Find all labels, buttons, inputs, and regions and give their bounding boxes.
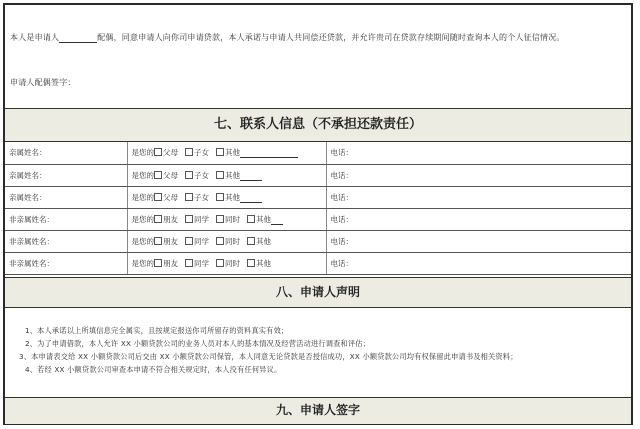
phone-label: 电话： xyxy=(331,237,354,246)
relationship-options: 是您的父母子女其他 xyxy=(127,164,326,186)
checkbox-label: 父母 xyxy=(163,171,178,180)
relationship-prefix: 是您的 xyxy=(132,237,155,246)
checkbox-icon[interactable] xyxy=(185,237,193,245)
checkbox-icon[interactable] xyxy=(216,237,224,245)
relationship-options: 是您的朋友同学同时其他 xyxy=(127,230,326,252)
checkbox-icon[interactable] xyxy=(185,171,193,179)
relationship-prefix: 是您的 xyxy=(132,171,155,180)
contact-name-label: 亲属姓名： xyxy=(9,171,47,180)
checkbox-icon[interactable] xyxy=(185,259,193,267)
contact-phone-field[interactable]: 电话： xyxy=(326,142,631,164)
checkbox-label: 子女 xyxy=(194,171,209,180)
checkbox-label: 其他 xyxy=(225,148,240,157)
checkbox-label: 朋友 xyxy=(163,237,178,246)
checkbox-icon[interactable] xyxy=(216,215,224,223)
contact-phone-field[interactable]: 电话： xyxy=(326,164,631,186)
relationship-prefix: 是您的 xyxy=(132,215,155,224)
relationship-checkbox-option[interactable]: 朋友 xyxy=(154,236,178,247)
relationship-checkbox-option[interactable]: 其他 xyxy=(216,170,262,181)
relationship-checkbox-option[interactable]: 同学 xyxy=(185,258,209,269)
checkbox-icon[interactable] xyxy=(216,148,224,156)
consent-suffix: 配偶，同意申请人向你司申请贷款，本人承诺与申请人共同偿还贷款，并允许贵司在贷款存… xyxy=(97,33,564,42)
contact-name-label: 非亲属姓名： xyxy=(9,237,54,246)
section-9-header: 九、申请人签字 xyxy=(5,397,631,424)
checkbox-label: 父母 xyxy=(163,193,178,202)
contact-name-label: 非亲属姓名： xyxy=(9,215,54,224)
relationship-prefix: 是您的 xyxy=(132,259,155,268)
relationship-checkbox-option[interactable]: 同时 xyxy=(216,214,240,225)
relationship-checkbox-option[interactable]: 父母 xyxy=(154,192,178,203)
checkbox-label: 其他 xyxy=(256,237,271,246)
section-8-header: 八、申请人声明 xyxy=(5,277,631,308)
checkbox-icon[interactable] xyxy=(154,148,162,156)
checkbox-icon[interactable] xyxy=(216,171,224,179)
checkbox-label: 同时 xyxy=(225,237,240,246)
phone-label: 电话： xyxy=(331,215,354,224)
other-relationship-blank[interactable] xyxy=(240,195,262,203)
other-relationship-blank[interactable] xyxy=(271,217,283,225)
checkbox-icon[interactable] xyxy=(154,259,162,267)
contacts-table: 亲属姓名：是您的父母子女其他电话：亲属姓名：是您的父母子女其他电话：亲属姓名：是… xyxy=(5,142,631,275)
phone-label: 电话： xyxy=(331,171,354,180)
checkbox-label: 同时 xyxy=(225,215,240,224)
relationship-checkbox-option[interactable]: 其他 xyxy=(247,258,271,269)
contact-phone-field[interactable]: 电话： xyxy=(326,186,631,208)
contact-name-field[interactable]: 亲属姓名： xyxy=(5,142,127,164)
spouse-consent-section: 本人是申请人配偶，同意申请人向你司申请贷款，本人承诺与申请人共同偿还贷款，并允许… xyxy=(5,5,631,108)
contact-row: 非亲属姓名：是您的朋友同学同时其他电话： xyxy=(5,208,631,230)
contact-name-label: 亲属姓名： xyxy=(9,148,47,157)
checkbox-label: 同时 xyxy=(225,259,240,268)
relationship-options: 是您的朋友同学同时其他 xyxy=(127,252,326,274)
declaration-item-3: 3、本申请表交给 XX 小额贷款公司后交由 XX 小额贷款公司保管，本人同意无论… xyxy=(19,352,518,362)
checkbox-label: 朋友 xyxy=(163,259,178,268)
checkbox-label: 其他 xyxy=(225,193,240,202)
relationship-checkbox-option[interactable]: 朋友 xyxy=(154,214,178,225)
checkbox-label: 父母 xyxy=(163,148,178,157)
contact-row: 非亲属姓名：是您的朋友同学同时其他电话： xyxy=(5,252,631,274)
phone-label: 电话： xyxy=(331,148,354,157)
contact-name-field[interactable]: 非亲属姓名： xyxy=(5,230,127,252)
declaration-item-4: 4、若经 XX 小额贷款公司审查本申请不符合相关规定时，本人没有任何异议。 xyxy=(25,365,281,375)
contact-name-field[interactable]: 亲属姓名： xyxy=(5,186,127,208)
phone-label: 电话： xyxy=(331,259,354,268)
relationship-options: 是您的父母子女其他 xyxy=(127,142,326,164)
checkbox-label: 朋友 xyxy=(163,215,178,224)
contact-row: 非亲属姓名：是您的朋友同学同时其他电话： xyxy=(5,230,631,252)
contact-phone-field[interactable]: 电话： xyxy=(326,208,631,230)
checkbox-label: 同学 xyxy=(194,215,209,224)
contact-name-label: 亲属姓名： xyxy=(9,193,47,202)
checkbox-icon[interactable] xyxy=(247,237,255,245)
relationship-checkbox-option[interactable]: 其他 xyxy=(247,214,283,225)
application-form-page: 本人是申请人配偶，同意申请人向你司申请贷款，本人承诺与申请人共同偿还贷款，并允许… xyxy=(3,3,633,425)
relationship-options: 是您的父母子女其他 xyxy=(127,186,326,208)
relationship-checkbox-option[interactable]: 其他 xyxy=(247,236,271,247)
checkbox-label: 其他 xyxy=(256,215,271,224)
relationship-checkbox-option[interactable]: 同时 xyxy=(216,236,240,247)
section-7-header: 七、联系人信息（不承担还款责任） xyxy=(5,108,631,142)
contact-phone-field[interactable]: 电话： xyxy=(326,252,631,274)
checkbox-label: 子女 xyxy=(194,148,209,157)
contact-phone-field[interactable]: 电话： xyxy=(326,230,631,252)
checkbox-icon[interactable] xyxy=(216,259,224,267)
phone-label: 电话： xyxy=(331,193,354,202)
spouse-consent-statement: 本人是申请人配偶，同意申请人向你司申请贷款，本人承诺与申请人共同偿还贷款，并允许… xyxy=(10,32,565,43)
consent-prefix: 本人是申请人 xyxy=(10,33,59,42)
checkbox-label: 子女 xyxy=(194,193,209,202)
relationship-checkbox-option[interactable]: 朋友 xyxy=(154,258,178,269)
checkbox-icon[interactable] xyxy=(185,193,193,201)
applicant-declaration: 1、本人承诺以上所填信息完全属实，且按规定报送你司所留存的资料真实有效； 2、为… xyxy=(5,308,631,397)
relationship-checkbox-option[interactable]: 同时 xyxy=(216,258,240,269)
checkbox-icon[interactable] xyxy=(154,237,162,245)
other-relationship-blank[interactable] xyxy=(240,150,298,158)
checkbox-icon[interactable] xyxy=(154,171,162,179)
checkbox-label: 同学 xyxy=(194,259,209,268)
relationship-checkbox-option[interactable]: 子女 xyxy=(185,170,209,181)
checkbox-icon[interactable] xyxy=(216,193,224,201)
relationship-checkbox-option[interactable]: 子女 xyxy=(185,147,209,158)
checkbox-icon[interactable] xyxy=(154,193,162,201)
relationship-prefix: 是您的 xyxy=(132,193,155,202)
relationship-checkbox-option[interactable]: 其他 xyxy=(216,192,262,203)
checkbox-icon[interactable] xyxy=(247,215,255,223)
relationship-checkbox-option[interactable]: 父母 xyxy=(154,147,178,158)
declaration-item-2: 2、为了申请借款，本人允许 XX 小额贷款公司的业务人员对本人的基本情况及经营活… xyxy=(25,339,370,349)
contact-row: 亲属姓名：是您的父母子女其他电话： xyxy=(5,142,631,164)
relationship-checkbox-option[interactable]: 同学 xyxy=(185,214,209,225)
checkbox-label: 同学 xyxy=(194,237,209,246)
checkbox-icon[interactable] xyxy=(185,215,193,223)
contact-name-field[interactable]: 非亲属姓名： xyxy=(5,208,127,230)
checkbox-icon[interactable] xyxy=(154,215,162,223)
relationship-checkbox-option[interactable]: 其他 xyxy=(216,147,298,158)
contact-name-field[interactable]: 非亲属姓名： xyxy=(5,252,127,274)
contact-name-label: 非亲属姓名： xyxy=(9,259,54,268)
relationship-options: 是您的朋友同学同时其他 xyxy=(127,208,326,230)
declaration-item-1: 1、本人承诺以上所填信息完全属实，且按规定报送你司所留存的资料真实有效； xyxy=(25,326,288,336)
relationship-checkbox-option[interactable]: 父母 xyxy=(154,170,178,181)
checkbox-label: 其他 xyxy=(256,259,271,268)
checkbox-icon[interactable] xyxy=(185,148,193,156)
contact-row: 亲属姓名：是您的父母子女其他电话： xyxy=(5,186,631,208)
spouse-signature-label: 申请人配偶签字： xyxy=(10,77,76,88)
checkbox-label: 其他 xyxy=(225,171,240,180)
checkbox-icon[interactable] xyxy=(247,259,255,267)
applicant-name-blank[interactable] xyxy=(59,34,97,43)
contact-row: 亲属姓名：是您的父母子女其他电话： xyxy=(5,164,631,186)
relationship-checkbox-option[interactable]: 子女 xyxy=(185,192,209,203)
relationship-checkbox-option[interactable]: 同学 xyxy=(185,236,209,247)
other-relationship-blank[interactable] xyxy=(240,173,262,181)
relationship-prefix: 是您的 xyxy=(132,148,155,157)
contact-name-field[interactable]: 亲属姓名： xyxy=(5,164,127,186)
